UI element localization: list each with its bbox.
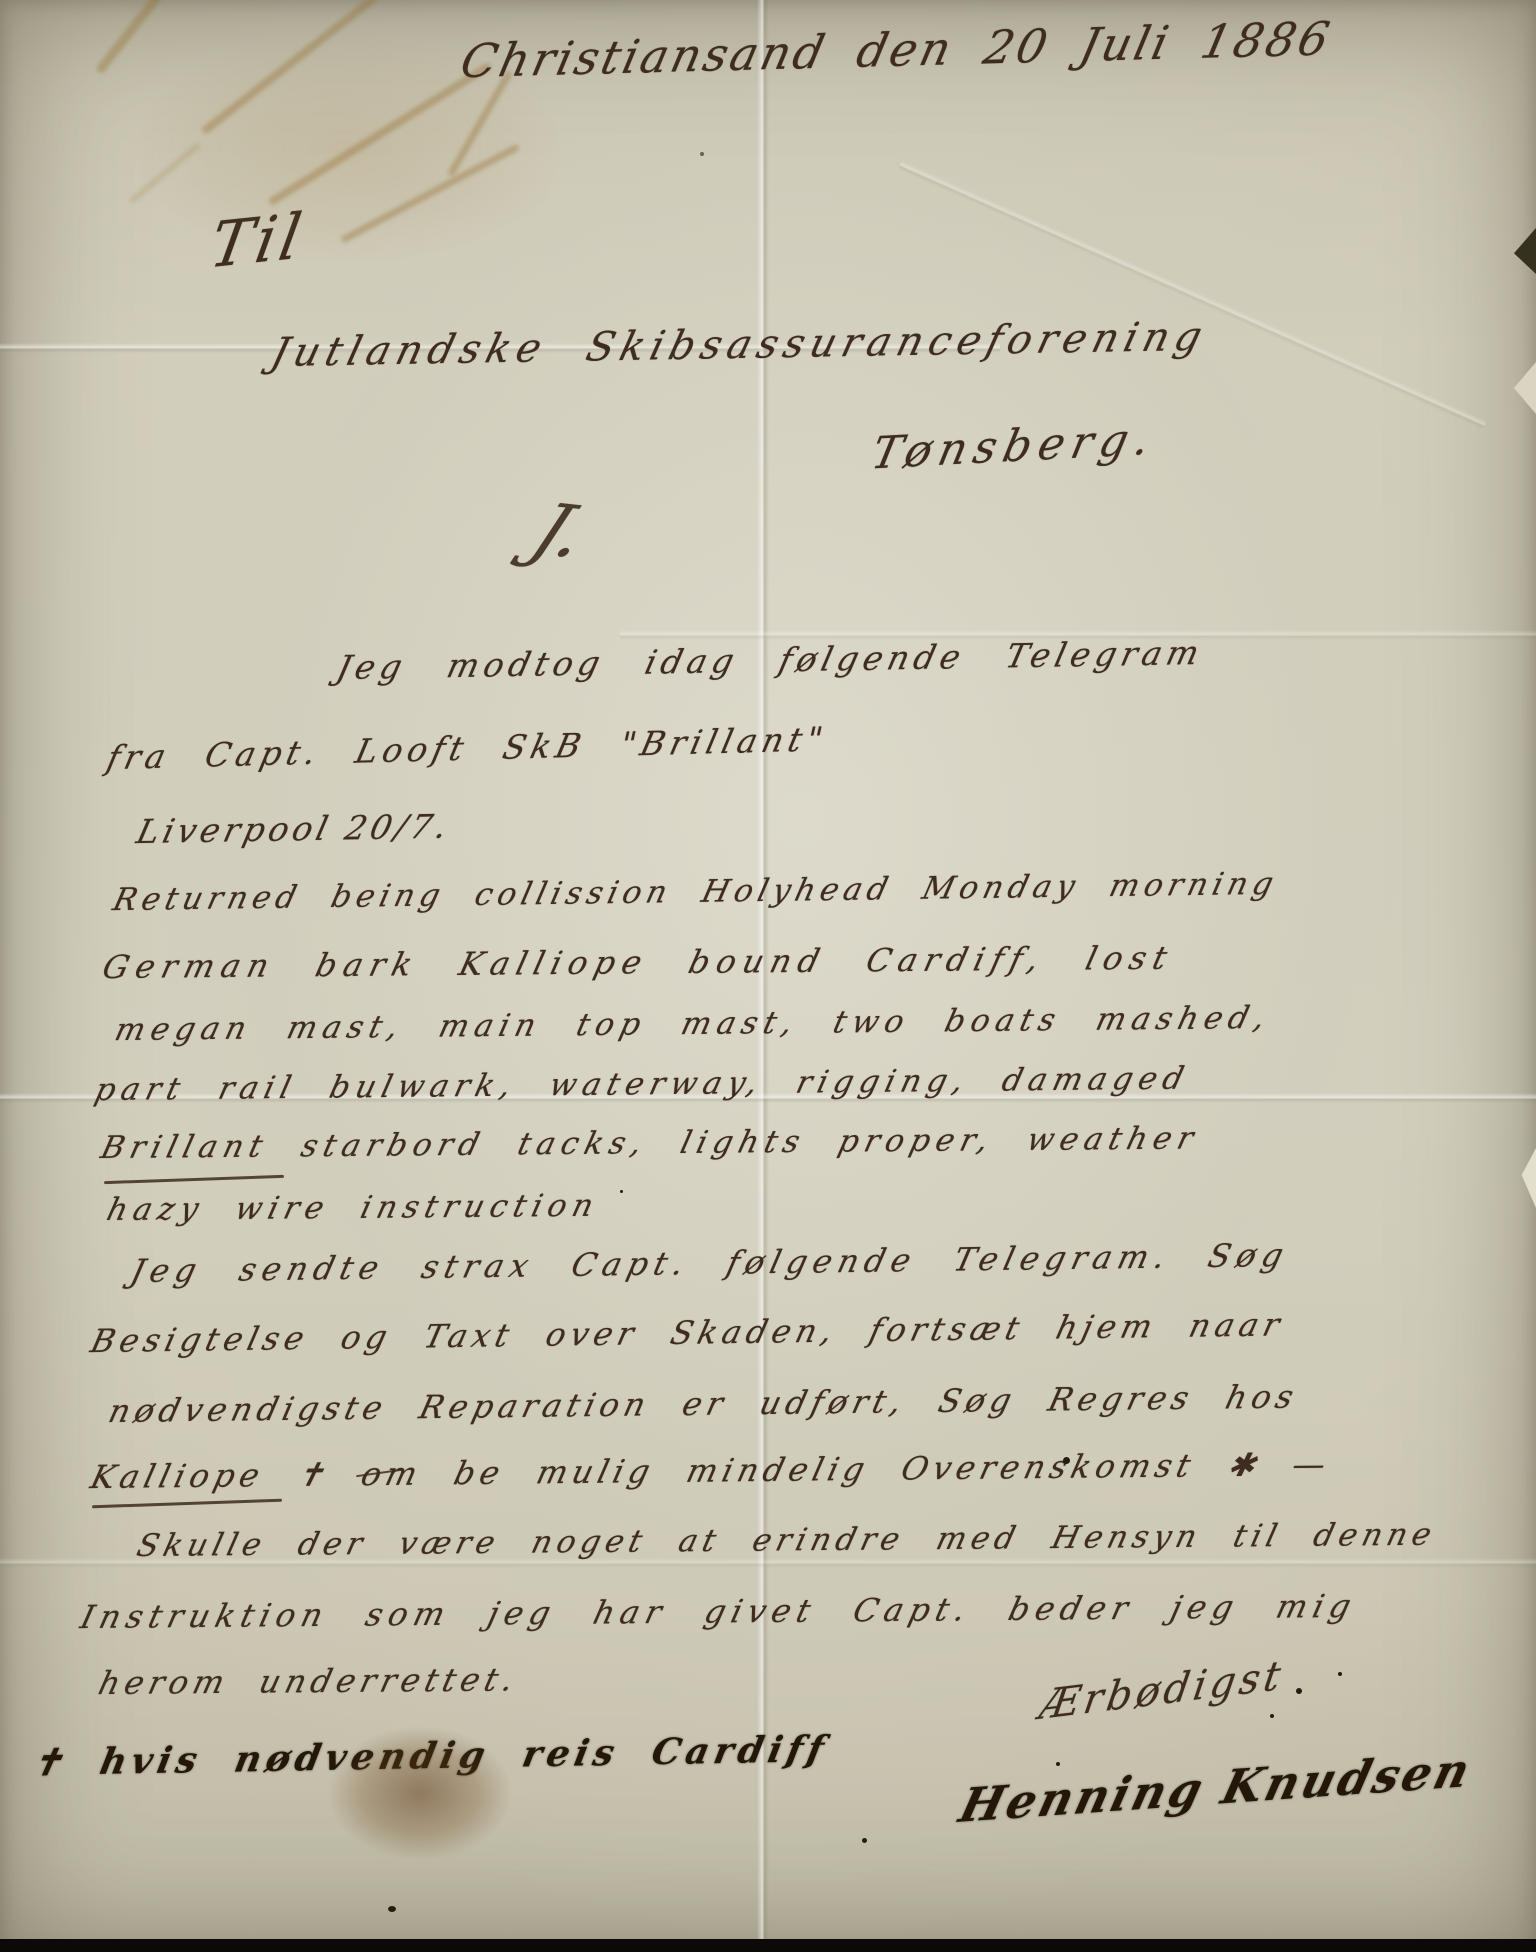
ink-speck xyxy=(1296,1688,1302,1694)
paper-tear-right-3 xyxy=(1518,1148,1536,1208)
reply-line-1: Jeg sendte strax Capt. følgende Telegram… xyxy=(127,1236,1293,1290)
telegram-line-3: megan mast, main top mast, two boats mas… xyxy=(111,1000,1274,1048)
scan-edge-bottom xyxy=(0,1939,1536,1952)
ink-speck xyxy=(1270,1714,1274,1718)
telegram-line-5: Brillant starbord tacks, lights proper, … xyxy=(97,1120,1203,1166)
ink-speck xyxy=(388,1906,396,1912)
ink-underline-brillant xyxy=(104,1175,284,1184)
letter-signature: Henning Knudsen xyxy=(954,1742,1478,1833)
telegram-line-1: Returned being collission Holyhead Monda… xyxy=(110,866,1282,918)
reply-line-3: nødvendigste Reparation er udført, Søg R… xyxy=(105,1377,1302,1430)
ghost-ink-mark xyxy=(129,142,202,204)
reply-line-2: Besigtelse og Taxt over Skaden, fortsæt … xyxy=(87,1305,1288,1360)
reply-line-5: Skulle der være noget at erindre med Hen… xyxy=(133,1517,1440,1564)
ink-speck xyxy=(700,152,704,156)
telegram-line-4: part rail bulwark, waterway, rigging, da… xyxy=(91,1061,1193,1109)
reply-line-6: Instruktion som jeg har givet Capt. bede… xyxy=(77,1587,1361,1636)
telegram-line-6: hazy wire instruction xyxy=(103,1188,603,1228)
ink-underline-kalliope xyxy=(92,1499,282,1509)
letter-recipient: Jutlandske Skibsassuranceforening xyxy=(266,314,1212,377)
reply-line-4: Kalliope ✝ om be mulig mindelig Overensk… xyxy=(87,1445,1335,1496)
flourish-mark: J. xyxy=(520,488,602,574)
paper-tear-right-1 xyxy=(1514,228,1536,274)
ghost-ink-mark xyxy=(340,143,520,243)
letter-line-intro-2: fra Capt. Looft SkB "Brillant" xyxy=(103,719,831,777)
telegram-line-2: German bark Kalliope bound Cardiff, lost xyxy=(99,939,1178,986)
letter-city: Tønsberg. xyxy=(867,413,1161,479)
ink-speck xyxy=(620,1190,623,1193)
paper-tear-right-2 xyxy=(1510,362,1536,414)
ink-speck xyxy=(1338,1672,1342,1676)
ghost-ink-mark xyxy=(201,0,379,135)
letter-line-intro-1: Jeg modtog idag følgende Telegram xyxy=(333,633,1208,687)
reply-line-7: herom underrettet. xyxy=(95,1660,523,1702)
letter-footnote: ✝ hvis nødvendig reis Cardiff xyxy=(28,1728,832,1784)
letter-line-intro-3: Liverpool 20/7. xyxy=(133,807,455,852)
letter-page: Christiansand den 20 Juli 1886 Til Jutla… xyxy=(0,0,1536,1952)
ink-speck xyxy=(862,1838,867,1843)
ghost-ink-mark xyxy=(95,0,194,74)
ink-speck xyxy=(1056,1762,1060,1766)
letter-valediction: Ærbødigst xyxy=(1037,1652,1288,1729)
letter-place-date: Christiansand den 20 Juli 1886 xyxy=(456,11,1337,88)
letter-salutation: Til xyxy=(205,198,311,283)
fold-crease-diagonal xyxy=(898,160,1487,429)
